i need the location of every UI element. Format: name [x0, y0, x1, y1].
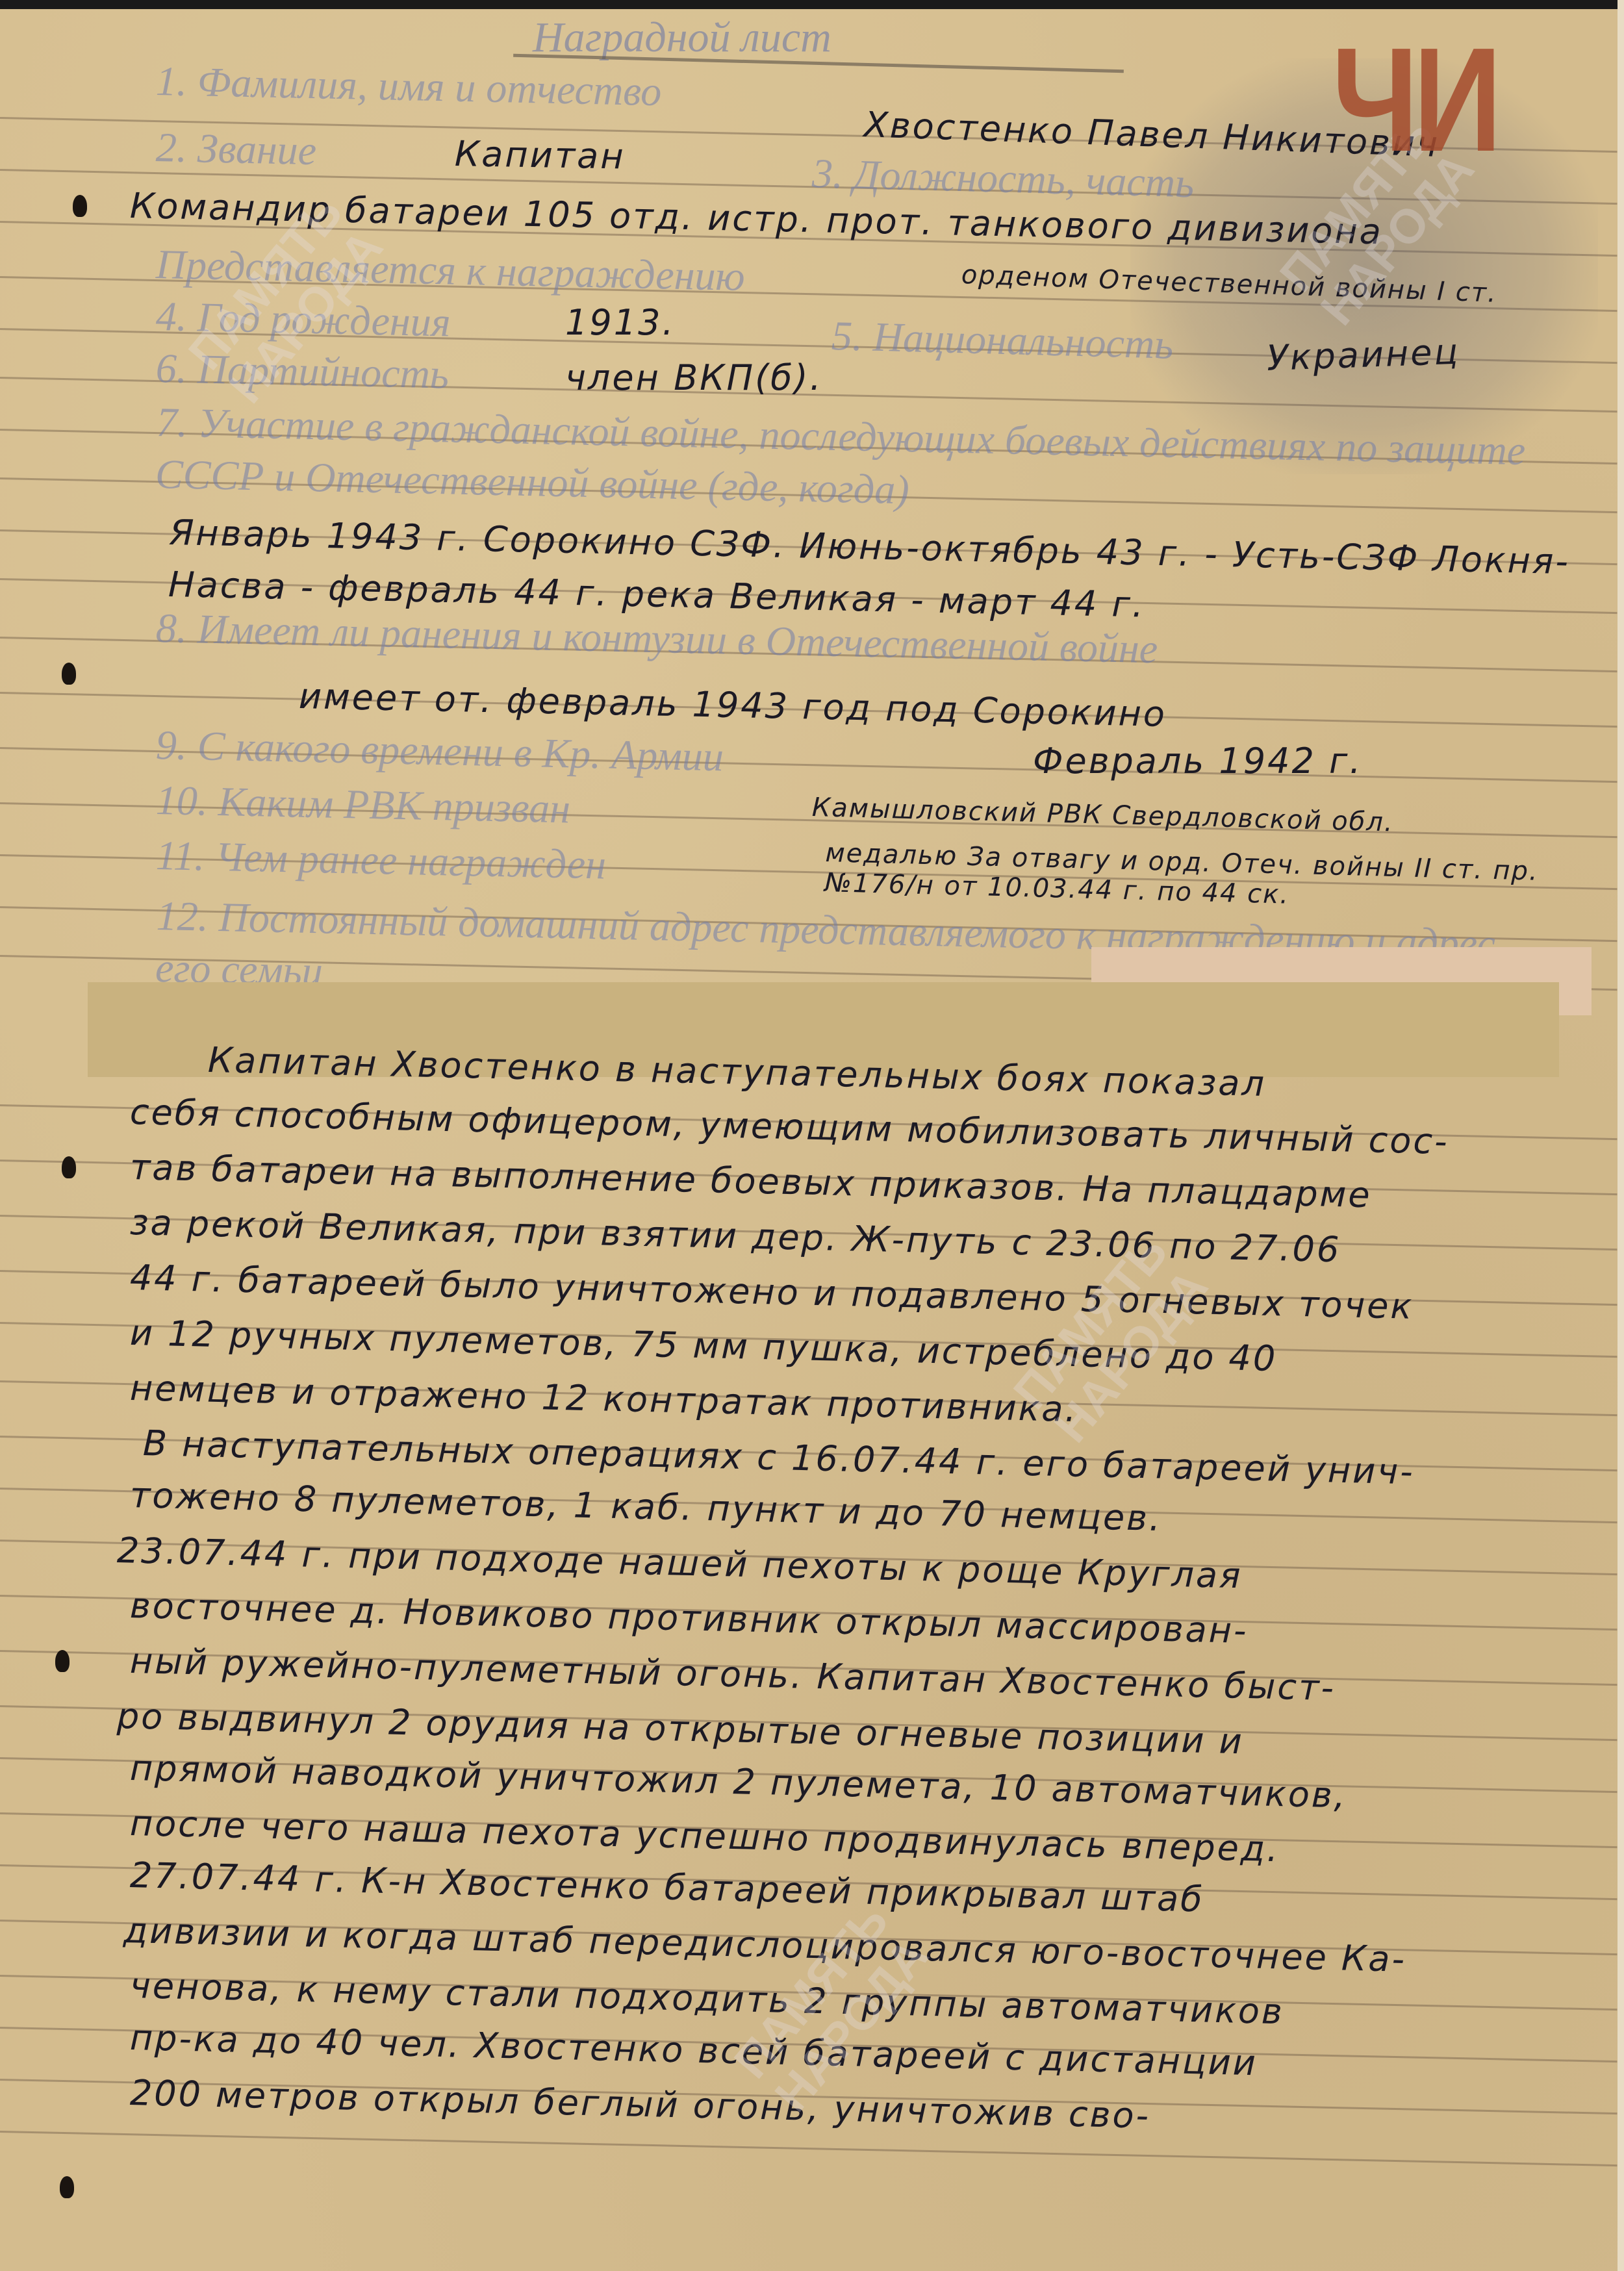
- punch-hole: [62, 1156, 76, 1178]
- field-label-position: 3. Должность, часть: [811, 149, 1195, 207]
- scan-edge: [1618, 0, 1624, 2271]
- field-label-prior-awards: 11. Чем ранее награжден: [155, 831, 607, 889]
- punch-hole: [62, 663, 76, 685]
- punch-hole: [73, 195, 87, 217]
- field-label-draft-office: 10. Каким РВК призван: [155, 776, 570, 833]
- punch-hole: [60, 2176, 74, 2198]
- field-value-rank: Капитан: [454, 133, 626, 177]
- field-label-rank: 2. Звание: [155, 123, 317, 175]
- field-label-nationality: 5. Национальность: [831, 312, 1174, 369]
- field-value-birth-year: 1913.: [565, 302, 676, 343]
- scan-border: [0, 0, 1624, 9]
- red-pencil-mark: ЧИ: [1332, 15, 1497, 185]
- punch-hole: [55, 1650, 70, 1672]
- field-value-party: член ВКП(б).: [565, 357, 823, 398]
- field-value-service-since: Февраль 1942 г.: [1033, 741, 1363, 781]
